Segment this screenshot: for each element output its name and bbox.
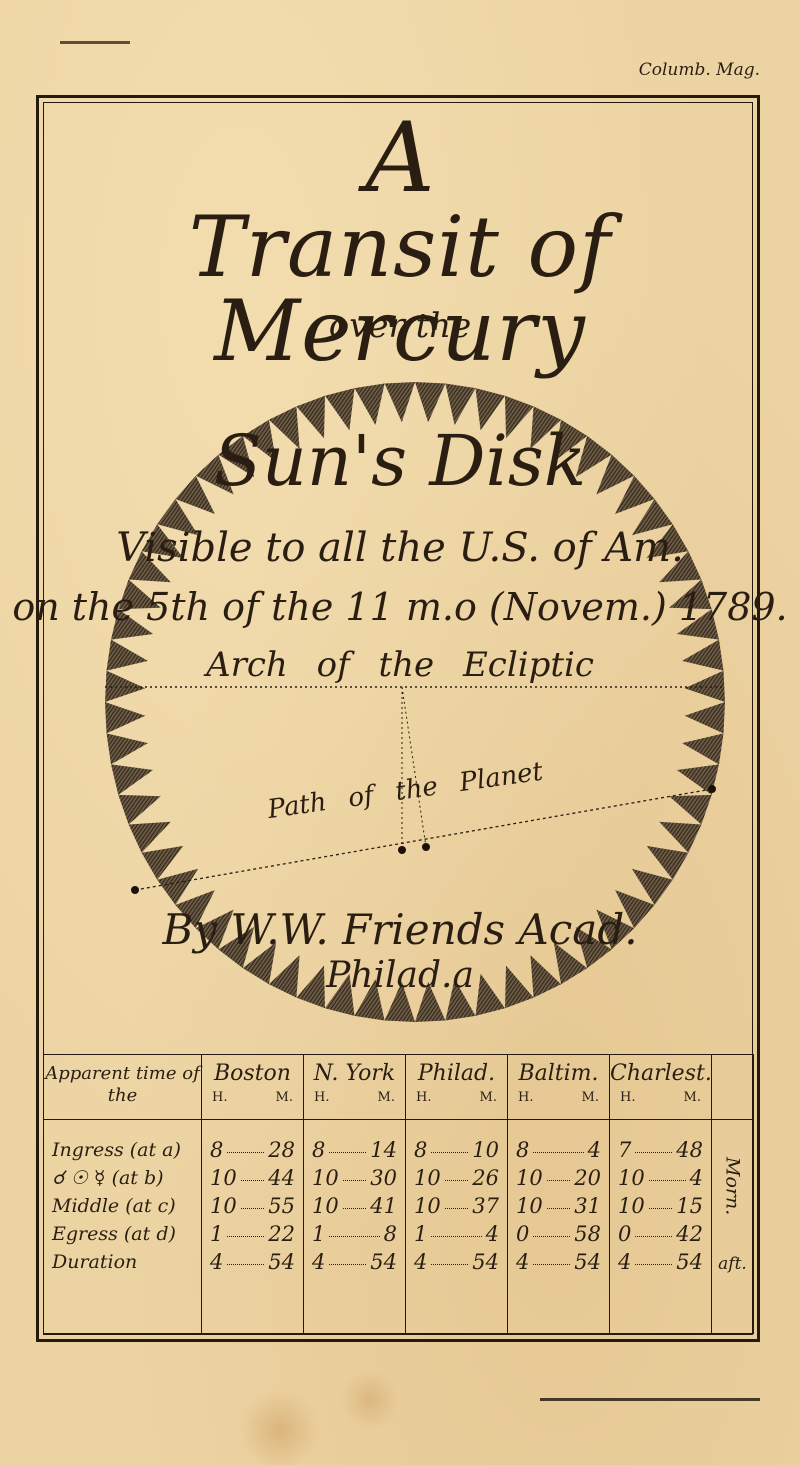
time-cell: 104 (610, 1164, 711, 1192)
time-cell: 454 (406, 1248, 507, 1276)
title-connector: over the (0, 306, 800, 346)
time-cell: 1044 (202, 1164, 303, 1192)
time-cell: 1037 (406, 1192, 507, 1220)
table-body: Ingress (at a) ☌ ☉ ☿ (at b) Middle (at c… (44, 1120, 754, 1334)
time-cell: 454 (304, 1248, 405, 1276)
city-column: 748 104 1015 042 454 (610, 1120, 712, 1334)
city-header: Charlest.H.M. (610, 1055, 712, 1120)
row-label: Egress (at d) (44, 1220, 201, 1248)
subject-title: Sun's Disk (0, 420, 800, 502)
notes-header (712, 1055, 754, 1120)
city-header: BostonH.M. (202, 1055, 304, 1120)
row-labels: Ingress (at a) ☌ ☉ ☿ (at b) Middle (at c… (44, 1120, 202, 1334)
city-header: Philad.H.M. (406, 1055, 508, 1120)
morning-note: Morn. (722, 1146, 744, 1226)
time-cell: 748 (610, 1136, 711, 1164)
time-cell: 1031 (508, 1192, 609, 1220)
row-label: Middle (at c) (44, 1192, 201, 1220)
author-place: Philad.a (0, 955, 800, 996)
time-cell: 454 (610, 1248, 711, 1276)
time-cell: 814 (304, 1136, 405, 1164)
city-column: 814 1030 1041 18 454 (304, 1120, 406, 1334)
time-cell: 454 (202, 1248, 303, 1276)
city-column: 84 1020 1031 058 454 (508, 1120, 610, 1334)
row-label: Ingress (at a) (44, 1136, 201, 1164)
time-cell: 1030 (304, 1164, 405, 1192)
city-column: 810 1026 1037 14 454 (406, 1120, 508, 1334)
time-cell: 1055 (202, 1192, 303, 1220)
time-cell: 122 (202, 1220, 303, 1248)
city-header: N. YorkH.M. (304, 1055, 406, 1120)
page-title: Transit of Mercury (0, 205, 800, 373)
time-cell: 1041 (304, 1192, 405, 1220)
author-byline: By W.W. Friends Acad. (0, 905, 800, 954)
visibility-text: Visible to all the U.S. of Am. (0, 525, 800, 571)
notes-column: Morn. aft. (712, 1120, 754, 1334)
time-cell: 058 (508, 1220, 609, 1248)
time-cell: 1020 (508, 1164, 609, 1192)
corner-header: Apparent time of the (44, 1055, 202, 1120)
time-cell: 84 (508, 1136, 609, 1164)
transit-times-table: Apparent time of the BostonH.M. N. YorkH… (43, 1054, 754, 1334)
city-column: 828 1044 1055 122 454 (202, 1120, 304, 1334)
row-label: ☌ ☉ ☿ (at b) (44, 1164, 201, 1192)
time-cell: 454 (508, 1248, 609, 1276)
time-cell: 14 (406, 1220, 507, 1248)
time-cell: 042 (610, 1220, 711, 1248)
decorative-rule-top (60, 41, 130, 44)
title-article: A (0, 110, 800, 206)
table-header-row: Apparent time of the BostonH.M. N. YorkH… (44, 1055, 754, 1120)
date-text: on the 5th of the 11 m.o (Novem.) 1789. (0, 585, 800, 629)
afternoon-note: aft. (712, 1254, 753, 1274)
decorative-rule-bottom (540, 1398, 760, 1401)
ecliptic-label: Arch of the Ecliptic (0, 645, 800, 685)
city-header: Baltim.H.M. (508, 1055, 610, 1120)
time-cell: 18 (304, 1220, 405, 1248)
time-cell: 1026 (406, 1164, 507, 1192)
row-label: Duration (44, 1248, 201, 1276)
engraved-plate: Columb. Mag. A Transit of Mercury over t… (0, 0, 800, 1465)
publisher-mark: Columb. Mag. (639, 60, 760, 80)
time-cell: 828 (202, 1136, 303, 1164)
time-cell: 1015 (610, 1192, 711, 1220)
time-cell: 810 (406, 1136, 507, 1164)
